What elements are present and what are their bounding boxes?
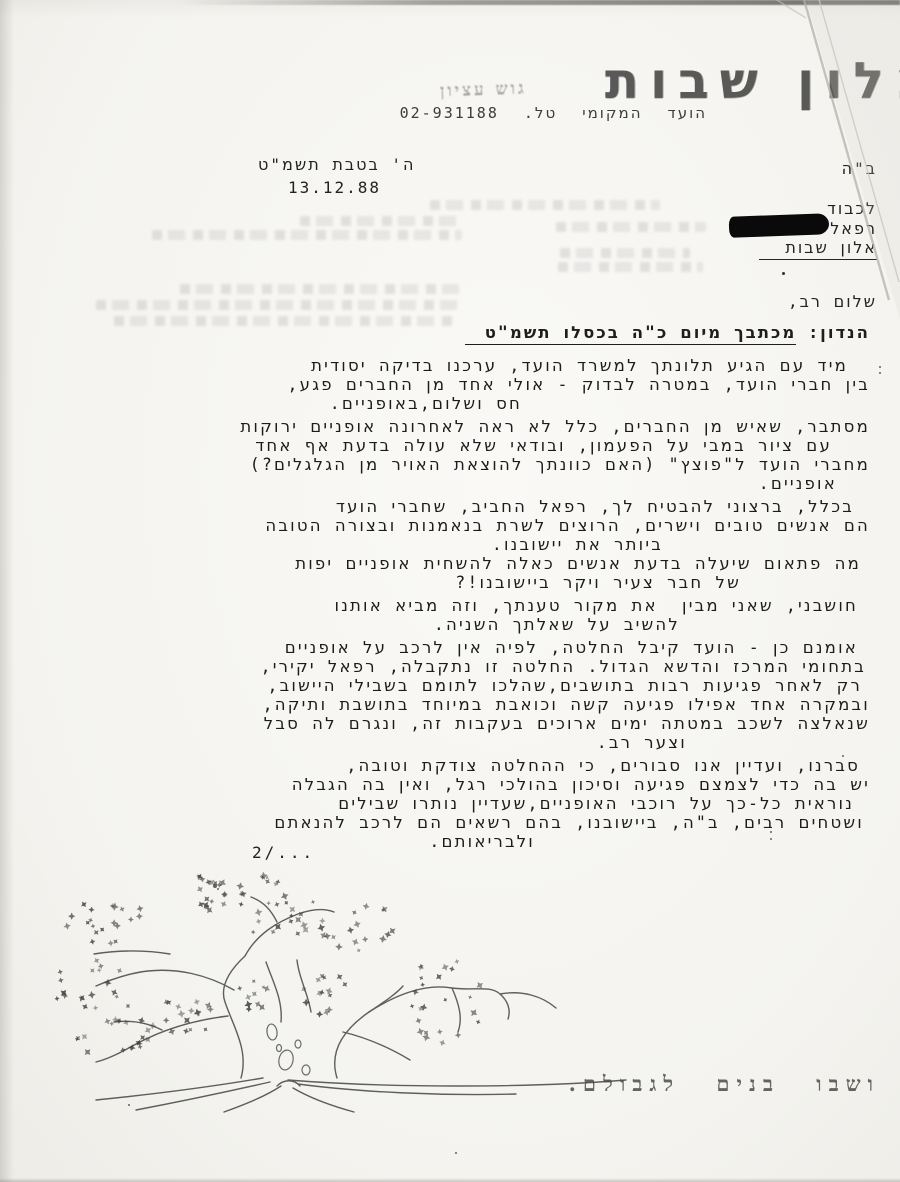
tree-leaves <box>54 872 485 1058</box>
paragraph: חושבני, שאני מבין את מקור טענתך, וזה מבי… <box>70 596 870 634</box>
paragraph: בכלל, ברצוני להבטיח לך, רפאל החביב, שחבר… <box>70 497 870 592</box>
body-line: ושטחים רבים, ב"ה, ביישובנו, בהם רשאים הם… <box>70 813 870 832</box>
body-line: מה פתאום שיעלה בדעת אנשים כאלה להשחית או… <box>70 554 870 573</box>
paragraph: מסתבר, שאיש מן החברים, כלל לא ראה לאחרונ… <box>70 417 870 493</box>
civil-date: 13.12.88 <box>288 178 381 197</box>
footer-motto: ושבו בנים לגבולם. <box>569 1071 880 1097</box>
committee-label: הועד המקומי <box>582 104 707 122</box>
tree-branches <box>94 897 626 1112</box>
letter-body: מיד עם הגיע תלונתך למשרד הועד, ערכנו בדי… <box>70 356 870 855</box>
ink-speck <box>879 372 881 374</box>
bleed-through-strip <box>152 230 462 240</box>
greeting: שלום רב, <box>788 292 877 311</box>
bleed-through-strip <box>180 284 460 294</box>
subject-line: הנדון: מכתבך מיום כ"ה בכסלו תשמ"ט <box>465 323 870 342</box>
body-line: יש בה כדי לצמצם פגיעה וסיכון בהולכי רגל,… <box>70 775 870 794</box>
body-line: חושבני, שאני מבין את מקור טענתך, וזה מבי… <box>70 596 870 615</box>
stray-period-mark <box>782 272 785 275</box>
body-line: ביותר את יישובנו. <box>70 535 870 554</box>
body-line: וצער רב. <box>70 733 870 752</box>
letterhead-region: גוש עציון <box>440 78 527 101</box>
body-line: שנאלצה לשכב במטתה ימים ארוכים בעקבות זה,… <box>70 714 870 733</box>
bsd-mark: ב"ה <box>842 159 877 178</box>
letterhead-committee-line: הועד המקומי טל. 02-931188 <box>400 104 707 122</box>
body-line: אומנם כן - הועד קיבל החלטה, לפיה אין לרכ… <box>70 638 870 657</box>
bleed-through-strip <box>556 222 706 232</box>
bleed-through-strip <box>114 316 452 326</box>
bleed-through-strip <box>300 216 462 226</box>
body-line: בין חברי הועד, במטרה לבדוק - אולי אחד מן… <box>70 375 870 394</box>
body-line: רק לאחר פגיעות רבות בתושבים,שהלכו לתומם … <box>70 676 870 695</box>
tree-knots <box>266 1023 310 1075</box>
bleed-through-strip <box>96 300 464 310</box>
paragraph: אומנם כן - הועד קיבל החלטה, לפיה אין לרכ… <box>70 638 870 752</box>
body-line: מיד עם הגיע תלונתך למשרד הועד, ערכנו בדי… <box>70 356 870 375</box>
ink-speck <box>770 831 772 833</box>
body-line: להשיב על שאלתך השניה. <box>70 615 870 634</box>
ink-speck <box>455 1152 457 1154</box>
subject-label: הנדון: <box>808 323 870 342</box>
body-line: עם ציור במבי על הפעמון, ובודאי שלא עולה … <box>70 436 870 455</box>
body-line: הם אנשים טובים וישרים, הרוצים לשרת בנאמנ… <box>70 516 870 535</box>
bleed-through-strip <box>430 200 660 210</box>
page-continuation-marker: 2/... <box>252 843 315 862</box>
body-line: חס ושלום,באופניים. <box>70 394 870 413</box>
recipient-city: אלון שבות <box>759 238 877 260</box>
ink-speck <box>217 888 219 890</box>
ink-speck <box>128 1104 130 1106</box>
body-line: של חבר צעיר ויקר ביישובנו!? <box>70 573 870 592</box>
letterhead-name: אלון שבות <box>605 52 900 110</box>
body-line: מחברי הועד ל"פוצץ" (האם כוונתך להוצאת הא… <box>70 455 870 474</box>
subject-text: מכתבך מיום כ"ה בכסלו תשמ"ט <box>465 323 797 345</box>
body-line: נוראית כל-כך על רוכבי האופניים,שעדיין נו… <box>70 794 870 813</box>
body-line: בכלל, ברצוני להבטיח לך, רפאל החביב, שחבר… <box>70 497 870 516</box>
ink-speck <box>879 366 881 368</box>
bleed-through-strip <box>560 248 690 258</box>
ink-speck <box>842 755 844 757</box>
paragraph: מיד עם הגיע תלונתך למשרד הועד, ערכנו בדי… <box>70 356 870 413</box>
ink-speck <box>770 838 772 840</box>
body-line: ולבריאותם. <box>70 832 870 851</box>
body-line: מסתבר, שאיש מן החברים, כלל לא ראה לאחרונ… <box>70 417 870 436</box>
body-line: אופניים. <box>70 474 870 493</box>
body-line: בתחומי המרכז והדשא הגדול. החלטה זו נתקבל… <box>70 657 870 676</box>
paragraph: סברנו, ועדיין אנו סבורים, כי ההחלטה צודק… <box>70 756 870 851</box>
bleed-through-strip <box>558 262 703 272</box>
scanned-letter-page: אלון שבות גוש עציון הועד המקומי טל. 02-9… <box>0 0 900 1182</box>
body-line: ובמקרה אחד אפילו פגיעה קשה וכואבת במיוחד… <box>70 695 870 714</box>
body-line: סברנו, ועדיין אנו סבורים, כי ההחלטה צודק… <box>70 756 870 775</box>
hebrew-date: ה' בטבת תשמ"ט <box>258 155 415 174</box>
redaction-bar <box>729 213 830 237</box>
scan-bottom-edge-shadow <box>0 1178 900 1182</box>
oak-tree-illustration <box>38 872 638 1124</box>
scan-top-edge-shadow <box>180 0 900 5</box>
phone-number: טל. 02-931188 <box>400 104 558 122</box>
